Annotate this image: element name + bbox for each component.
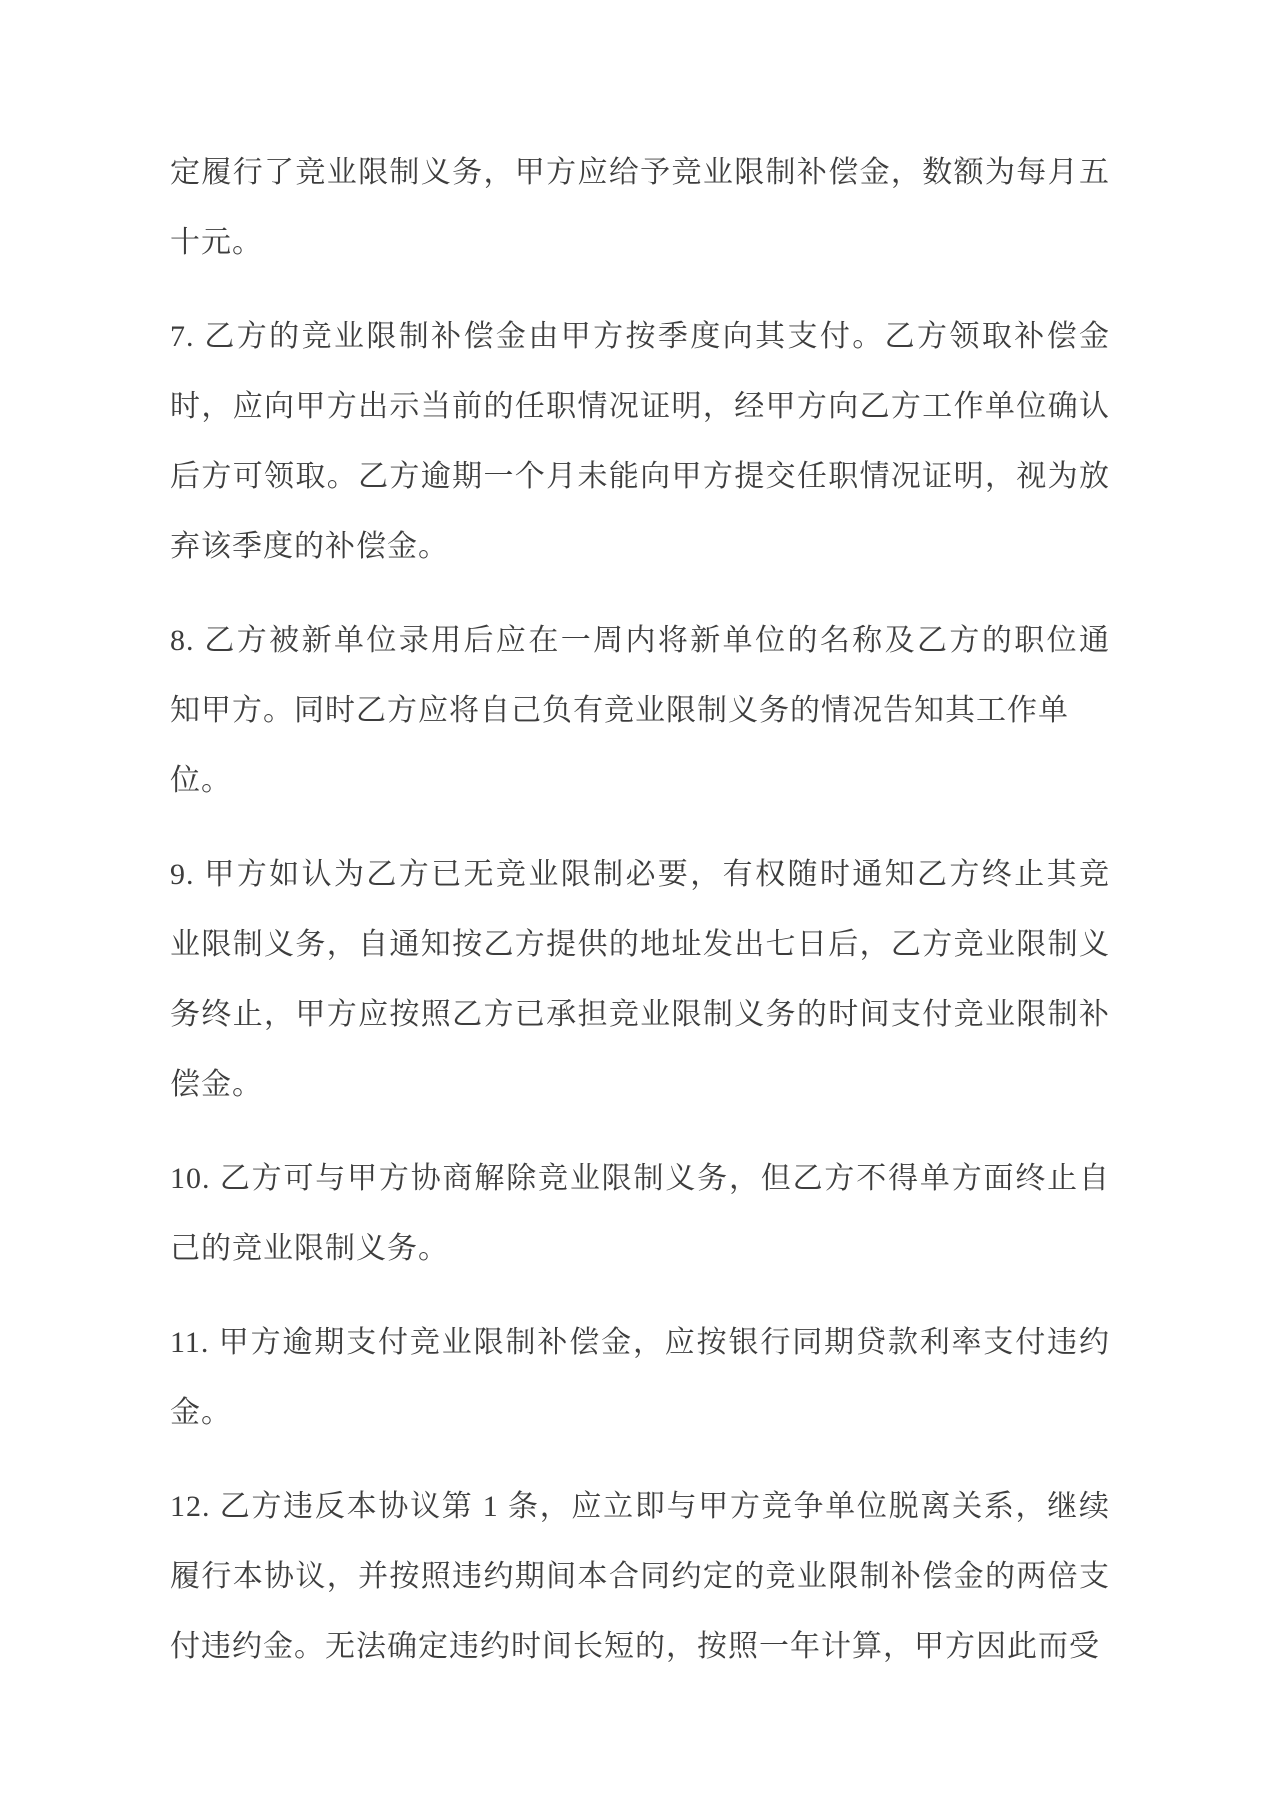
text-line: 10. 乙方可与甲方协商解除竞业限制义务，但乙方不得单方面终止自 xyxy=(170,1144,1110,1214)
text-line: 付违约金。无法确定违约时间长短的，按照一年计算，甲方因此而受 xyxy=(170,1612,1110,1682)
text-line: 偿金。 xyxy=(170,1050,1110,1120)
document-page: 定履行了竞业限制义务，甲方应给予竞业限制补偿金，数额为每月五 十元。 7. 乙方… xyxy=(0,0,1280,1810)
text-line: 十元。 xyxy=(170,208,1110,278)
text-line: 7. 乙方的竞业限制补偿金由甲方按季度向其支付。乙方领取补偿金 xyxy=(170,302,1110,372)
clause-8: 8. 乙方被新单位录用后应在一周内将新单位的名称及乙方的职位通 知甲方。同时乙方… xyxy=(170,606,1110,816)
text-line: 己的竞业限制义务。 xyxy=(170,1214,1110,1284)
clause-9: 9. 甲方如认为乙方已无竞业限制必要，有权随时通知乙方终止其竞 业限制义务，自通… xyxy=(170,840,1110,1120)
clause-7: 7. 乙方的竞业限制补偿金由甲方按季度向其支付。乙方领取补偿金 时，应向甲方出示… xyxy=(170,302,1110,582)
text-line: 务终止，甲方应按照乙方已承担竞业限制义务的时间支付竞业限制补 xyxy=(170,980,1110,1050)
clause-10: 10. 乙方可与甲方协商解除竞业限制义务，但乙方不得单方面终止自 己的竞业限制义… xyxy=(170,1144,1110,1284)
text-line: 11. 甲方逾期支付竞业限制补偿金，应按银行同期贷款利率支付违约 xyxy=(170,1308,1110,1378)
text-line: 定履行了竞业限制义务，甲方应给予竞业限制补偿金，数额为每月五 xyxy=(170,138,1110,208)
text-line: 知甲方。同时乙方应将自己负有竞业限制义务的情况告知其工作单位。 xyxy=(170,676,1110,816)
text-line: 时，应向甲方出示当前的任职情况证明，经甲方向乙方工作单位确认 xyxy=(170,372,1110,442)
clause-11: 11. 甲方逾期支付竞业限制补偿金，应按银行同期贷款利率支付违约 金。 xyxy=(170,1308,1110,1448)
clause-12: 12. 乙方违反本协议第 1 条，应立即与甲方竞争单位脱离关系，继续 履行本协议… xyxy=(170,1472,1110,1682)
contract-text-block: 定履行了竞业限制义务，甲方应给予竞业限制补偿金，数额为每月五 十元。 7. 乙方… xyxy=(170,138,1110,1682)
text-line: 12. 乙方违反本协议第 1 条，应立即与甲方竞争单位脱离关系，继续 xyxy=(170,1472,1110,1542)
text-line: 后方可领取。乙方逾期一个月未能向甲方提交任职情况证明，视为放 xyxy=(170,442,1110,512)
text-line: 8. 乙方被新单位录用后应在一周内将新单位的名称及乙方的职位通 xyxy=(170,606,1110,676)
text-line: 9. 甲方如认为乙方已无竞业限制必要，有权随时通知乙方终止其竞 xyxy=(170,840,1110,910)
text-line: 业限制义务，自通知按乙方提供的地址发出七日后，乙方竞业限制义 xyxy=(170,910,1110,980)
text-line: 金。 xyxy=(170,1378,1110,1448)
clause-6-continuation: 定履行了竞业限制义务，甲方应给予竞业限制补偿金，数额为每月五 十元。 xyxy=(170,138,1110,278)
text-line: 弃该季度的补偿金。 xyxy=(170,512,1110,582)
text-line: 履行本协议，并按照违约期间本合同约定的竞业限制补偿金的两倍支 xyxy=(170,1542,1110,1612)
